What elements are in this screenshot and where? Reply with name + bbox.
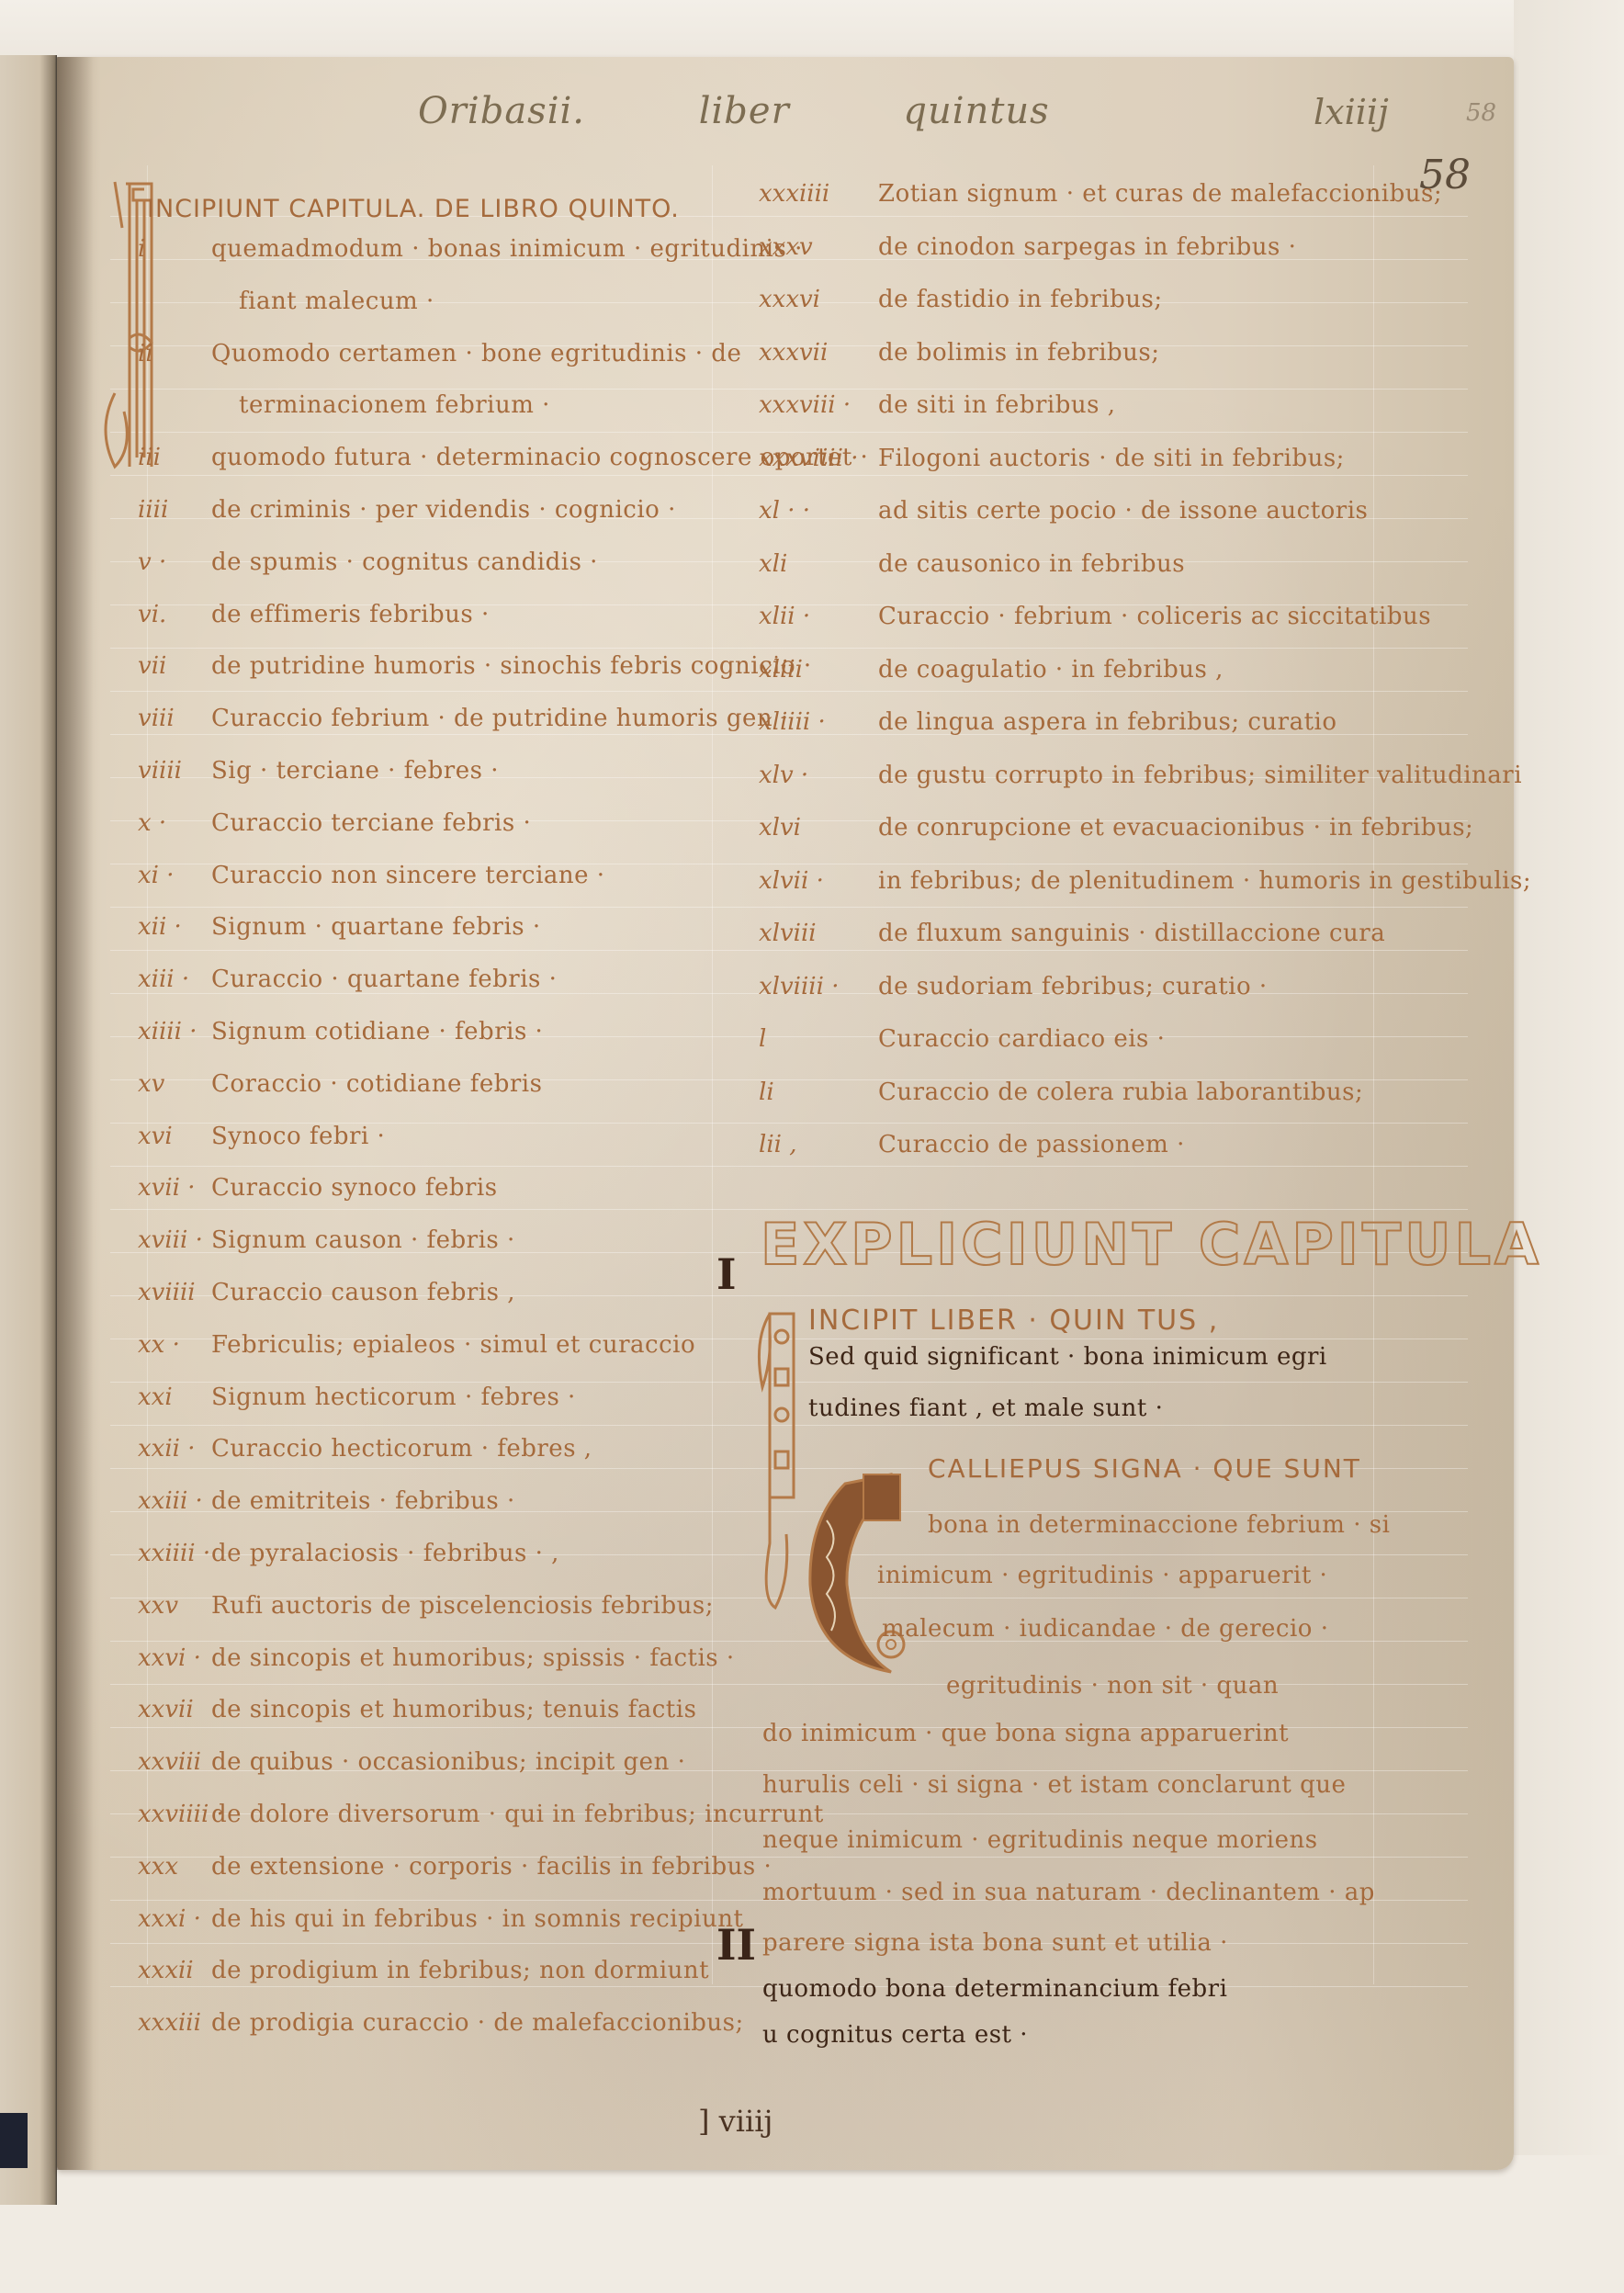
chapter-number: xxvii (138, 1698, 211, 1722)
chapter-title: Zotian signum · et curas de malefaccioni… (878, 182, 1442, 206)
chapter-number: viiii (138, 759, 211, 783)
chapter-number: xxx (138, 1855, 211, 1879)
chapter-entry: xlvii ·in febribus; de plenitudinem · hu… (759, 869, 1383, 922)
chapter-number: xlviii (759, 921, 878, 945)
chapter-title: de effimeris febribus · (211, 603, 726, 627)
chapter-number: xlii · (759, 604, 878, 628)
chapter-number: xlvi (759, 816, 878, 840)
chapter-number: xliiii · (759, 710, 878, 734)
chapter-title: de conrupcione et evacuacionibus · in fe… (878, 816, 1473, 840)
gutter-shadow (57, 57, 94, 2170)
chapter-title: de spumis · cognitus candidis · (211, 550, 726, 574)
chapter-title: de lingua aspera in febribus; curatio (878, 710, 1383, 734)
chapter-number: xiii · (138, 967, 211, 991)
chapter-number: xlvii · (759, 869, 878, 893)
chapter-number: xxi (138, 1385, 211, 1409)
chapter-number: xxxiii (138, 2011, 211, 2035)
chapter-number: xviiii (138, 1281, 211, 1305)
chapter-number: viii (138, 706, 211, 730)
chapter-title: Filogoni auctoris · de siti in febribus; (878, 446, 1383, 470)
chapter-title: Curaccio hecticorum · febres , (211, 1437, 726, 1461)
chapter-entry: xxvi ·de sincopis et humoribus; spissis … (138, 1646, 726, 1699)
chapter-entry: xviSynoco febri · (138, 1124, 726, 1177)
text-line: do inimicum · que bona signa apparuerint (762, 1720, 1289, 1747)
chapter-entry: viiiiSig · terciane · febres · (138, 759, 726, 811)
chapter-entry: x ·Curaccio terciane febris · (138, 811, 726, 864)
text-line: neque inimicum · egritudinis neque morie… (762, 1826, 1318, 1854)
chapter-entry: xxviiii ·de dolore diversorum · qui in f… (138, 1802, 726, 1855)
chapter-number: xiiii · (138, 1020, 211, 1044)
chapter-entry: v ·de spumis · cognitus candidis · (138, 550, 726, 603)
chapter-entry: liCuraccio de colera rubia laborantibus; (759, 1080, 1383, 1134)
chapter-title: de emitriteis · febribus · (211, 1489, 726, 1513)
chapter-title: fiant malecum · (211, 289, 726, 313)
chapter-title: Curaccio · quartane febris · (211, 967, 726, 991)
chapter-number: xxii · (138, 1437, 211, 1461)
chapter-title: Signum · quartane febris · (211, 915, 726, 939)
running-title-liber: liber (699, 90, 790, 132)
chapter-title: de sudoriam febribus; curatio · (878, 975, 1383, 999)
chapter-title: de sincopis et humoribus; tenuis factis (211, 1698, 726, 1722)
chapter-entry: xxxiiiiZotian signum · et curas de malef… (759, 182, 1383, 235)
chapter-number: xxxviiii · (759, 446, 878, 470)
text-line: quomodo bona determinancium febri (762, 1975, 1227, 2003)
chapter-entry: xlii ·Curaccio · febrium · coliceris ac … (759, 604, 1383, 658)
text-line: malecum · iudicandae · de gerecio · (882, 1615, 1328, 1643)
chapter-number: xliii (759, 658, 878, 682)
chapter-number: xviii · (138, 1228, 211, 1252)
chapter-title: de dolore diversorum · qui in febribus; … (211, 1802, 824, 1826)
chapter-entry: xxxvide fastidio in febribus; (759, 288, 1383, 341)
chapter-entry: xi ·Curaccio non sincere terciane · (138, 864, 726, 916)
chapter-number: iiii (138, 498, 211, 522)
chapter-number: v · (138, 550, 211, 574)
chapter-number: xxvi · (138, 1646, 211, 1670)
chapter-title: Signum hecticorum · febres · (211, 1385, 726, 1409)
incipit-heading: INCIPIT LIBER · QUIN TUS , (808, 1305, 1219, 1337)
chapter-entry: vi.de effimeris febribus · (138, 603, 726, 655)
chapter-title: Curaccio non sincere terciane · (211, 864, 726, 887)
chapter-title: de fastidio in febribus; (878, 288, 1383, 311)
chapter-entry: iiiquomodo futura · determinacio cognosc… (138, 446, 726, 498)
chapter-title: Curaccio terciane febris · (211, 811, 726, 835)
quire-signature: ] viiij (698, 2104, 773, 2139)
chapter-entry: xlide causonico in febribus (759, 552, 1383, 605)
chapter-number: ii (138, 342, 211, 366)
chapter-entry: xlviiide fluxum sanguinis · distillaccio… (759, 921, 1383, 975)
chapter-entry: xxxiiide prodigia curaccio · de malefacc… (138, 2011, 726, 2063)
chapter-number: xvii · (138, 1176, 211, 1200)
text-line: hurulis celi · si signa · et istam concl… (762, 1771, 1346, 1799)
chapter-number: xxxii (138, 1959, 211, 1982)
chapter-number: xxxi · (138, 1907, 211, 1931)
chapter-title: in febribus; de plenitudinem · humoris i… (878, 869, 1531, 893)
chapter-title: de putridine humoris · sinochis febris c… (211, 654, 812, 678)
chapter-title: de pyralaciosis · febribus · , (211, 1542, 726, 1565)
chapter-entry: lii ,Curaccio de passionem · (759, 1133, 1383, 1186)
chapter-entry: xxxviiii ·Filogoni auctoris · de siti in… (759, 446, 1383, 500)
chapter-number: xvi (138, 1124, 211, 1148)
chapter-number: xlviiii · (759, 975, 878, 999)
chapter-title: Curaccio · febrium · coliceris ac siccit… (878, 604, 1431, 628)
chapter-number: xxiiii · (138, 1542, 211, 1565)
chapter-number: xxxvii (759, 341, 878, 365)
folio-number-faint: 58 (1466, 99, 1496, 127)
chapter-entry: xxiii ·de emitriteis · febribus · (138, 1489, 726, 1542)
chapter-number: xii · (138, 915, 211, 939)
chapter-entry: xxxvde cinodon sarpegas in febribus · (759, 235, 1383, 288)
folio-number-roman: lxiiij (1314, 92, 1389, 132)
chapter-number: vii (138, 654, 211, 678)
chapter-list-heading: INCIPIUNT CAPITULA. DE LIBRO QUINTO. (138, 182, 726, 237)
chapter-entry: xxiSignum hecticorum · febres · (138, 1385, 726, 1438)
chapter-entry: xl · ·ad sitis certe pocio · de issone a… (759, 499, 1383, 552)
chapter-entry: xxii ·Curaccio hecticorum · febres , (138, 1437, 726, 1489)
text-line: egritudinis · non sit · quan (946, 1672, 1279, 1700)
chapter-title: ad sitis certe pocio · de issone auctori… (878, 499, 1383, 523)
chapter-number: xxv (138, 1594, 211, 1618)
chapter-title: de sincopis et humoribus; spissis · fact… (211, 1646, 735, 1670)
chapter-title: de coagulatio · in febribus , (878, 658, 1383, 682)
chapter-number: lii , (759, 1133, 878, 1157)
chapter-entry: xxviide sincopis et humoribus; tenuis fa… (138, 1698, 726, 1750)
chapter-entry: xxxi ·de his qui in febribus · in somnis… (138, 1907, 726, 1960)
chapter-entry: xliiide coagulatio · in febribus , (759, 658, 1383, 711)
text-line: CALLIEPUS SIGNA · QUE SUNT (928, 1453, 1361, 1484)
chapter-entry: iquemadmodum · bonas inimicum · egritudi… (138, 237, 726, 289)
chapter-entry: xiiii ·Signum cotidiane · febris · (138, 1020, 726, 1072)
chapter-title: de causonico in febribus (878, 552, 1383, 576)
chapter-title: Curaccio de passionem · (878, 1133, 1383, 1157)
chapter-entry: fiant malecum · (138, 289, 726, 342)
running-title: Oribasii. liber quintus (418, 90, 1151, 132)
chapter-entry: xvCoraccio · cotidiane febris (138, 1072, 726, 1124)
chapter-title: de siti in febribus , (878, 393, 1383, 417)
text-line: Sed quid significant · bona inimicum egr… (808, 1343, 1327, 1371)
chapter-entry: xxvRufi auctoris de piscelenciosis febri… (138, 1594, 726, 1646)
chapter-title: Curaccio febrium · de putridine humoris … (211, 706, 789, 730)
backdrop-right (1514, 0, 1624, 2293)
chapter-entry: xxxviii ·de siti in febribus , (759, 393, 1383, 446)
chapter-number: xx · (138, 1333, 211, 1357)
chapter-entry: xxiiii ·de pyralaciosis · febribus · , (138, 1542, 726, 1594)
chapter-title: Curaccio cardiaco eis · (878, 1027, 1383, 1051)
chapter-number: xv (138, 1072, 211, 1096)
chapter-entry: xviii ·Signum causon · febris · (138, 1228, 726, 1281)
chapter-number: xxxviii · (759, 393, 878, 417)
chapter-number: iii (138, 446, 211, 469)
chapter-title: de quibus · occasionibus; incipit gen · (211, 1750, 726, 1774)
chapter-number: xl · · (759, 499, 878, 523)
chapter-entry: xxxiide prodigium in febribus; non dormi… (138, 1959, 726, 2011)
chapter-entry: xviiiiCuraccio causon febris , (138, 1281, 726, 1333)
chapter-title: Curaccio causon febris , (211, 1281, 726, 1305)
text-line: mortuum · sed in sua naturam · declinant… (762, 1879, 1375, 1906)
chapter-number: l (759, 1027, 878, 1051)
chapter-title: Signum cotidiane · febris · (211, 1020, 726, 1044)
chapter-title: Febriculis; epialeos · simul et curaccio (211, 1333, 726, 1357)
running-title-author: Oribasii. (418, 90, 585, 132)
chapter-number: vi. (138, 603, 211, 627)
chapter-number: xxxvi (759, 288, 878, 311)
chapter-entry: xiii ·Curaccio · quartane febris · (138, 967, 726, 1020)
chapter-title: Signum causon · febris · (211, 1228, 726, 1252)
chapter-entry: xxxde extensione · corporis · facilis in… (138, 1855, 726, 1907)
chapter-entry: iiiide criminis · per videndis · cognici… (138, 498, 726, 550)
chapter-number: xxviiii · (138, 1802, 211, 1826)
chapter-title: Rufi auctoris de piscelenciosis febribus… (211, 1594, 726, 1618)
chapter-entry: xlvide conrupcione et evacuacionibus · i… (759, 816, 1383, 869)
text-line: u cognitus certa est · (762, 2021, 1028, 2049)
chapter-title: Curaccio synoco febris (211, 1176, 726, 1200)
previous-leaf-edge (0, 55, 57, 2205)
chapter-number: x · (138, 811, 211, 835)
chapter-number: xxiii · (138, 1489, 211, 1513)
chapter-title: Sig · terciane · febres · (211, 759, 726, 783)
chapter-entry: xxviiide quibus · occasionibus; incipit … (138, 1750, 726, 1802)
chapter-title: quemadmodum · bonas inimicum · egritudin… (211, 237, 803, 261)
chapter-title: de criminis · per videndis · cognicio · (211, 498, 726, 522)
chapter-entry: terminacionem febrium · (138, 393, 726, 446)
chapter-entry: iiQuomodo certamen · bone egritudinis · … (138, 342, 726, 394)
chapter-entry: xxxviide bolimis in febribus; (759, 341, 1383, 394)
chapter-title: de cinodon sarpegas in febribus · (878, 235, 1383, 259)
chapter-entry: xlv ·de gustu corrupto in febribus; simi… (759, 763, 1383, 817)
chapter-title: Quomodo certamen · bone egritudinis · de (211, 342, 741, 366)
chapter-number: xlv · (759, 763, 878, 787)
chapter-number: xxxv (759, 235, 878, 259)
marginal-number-1: I (716, 1249, 737, 1299)
chapter-title: de gustu corrupto in febribus; similiter… (878, 763, 1522, 787)
chapter-entry: lCuraccio cardiaco eis · (759, 1027, 1383, 1080)
chapter-number: xxviii (138, 1750, 211, 1774)
chapter-entry: viide putridine humoris · sinochis febri… (138, 654, 726, 706)
chapter-title: de fluxum sanguinis · distillaccione cur… (878, 921, 1385, 945)
chapter-entry: xx ·Febriculis; epialeos · simul et cura… (138, 1333, 726, 1385)
backdrop-bottom (0, 2155, 1624, 2293)
chapter-title: de prodigium in febribus; non dormiunt (211, 1959, 726, 1982)
marginal-number-2: II (716, 1920, 756, 1970)
chapter-title: terminacionem febrium · (211, 393, 726, 417)
binding-edge (0, 2113, 28, 2168)
chapter-number: li (759, 1080, 878, 1104)
text-line: bona in determinaccione febrium · si (928, 1511, 1390, 1539)
chapter-number: xli (759, 552, 878, 576)
chapter-title: de bolimis in febribus; (878, 341, 1383, 365)
chapter-title: de his qui in febribus · in somnis recip… (211, 1907, 743, 1931)
chapter-entry: xvii ·Curaccio synoco febris (138, 1176, 726, 1228)
chapter-entry: xlviiii ·de sudoriam febribus; curatio · (759, 975, 1383, 1028)
chapter-entry: xii ·Signum · quartane febris · (138, 915, 726, 967)
text-line: parere signa ista bona sunt et utilia · (762, 1929, 1228, 1957)
chapter-title: de extensione · corporis · facilis in fe… (211, 1855, 772, 1879)
text-line: tudines fiant , et male sunt · (808, 1395, 1163, 1422)
chapter-title: de prodigia curaccio · de malefaccionibu… (211, 2011, 744, 2035)
chapter-number: xi · (138, 864, 211, 887)
chapter-number: xxxiiii (759, 182, 878, 206)
text-line: inimicum · egritudinis · apparuerit · (877, 1562, 1327, 1589)
chapter-list-left: INCIPIUNT CAPITULA. DE LIBRO QUINTO. iqu… (138, 182, 726, 2063)
chapter-entry: xliiii ·de lingua aspera in febribus; cu… (759, 710, 1383, 763)
chapter-number: i (138, 237, 211, 261)
chapter-title: Curaccio de colera rubia laborantibus; (878, 1080, 1383, 1104)
chapter-title: Coraccio · cotidiane febris (211, 1072, 726, 1096)
chapter-entry: viiiCuraccio febrium · de putridine humo… (138, 706, 726, 759)
running-title-quintus: quintus (903, 90, 1049, 132)
explicit-heading: EXPLICIUNT CAPITULA (761, 1211, 1542, 1278)
chapter-list-right: xxxiiiiZotian signum · et curas de malef… (759, 182, 1383, 1186)
chapter-title: Synoco febri · (211, 1124, 726, 1148)
